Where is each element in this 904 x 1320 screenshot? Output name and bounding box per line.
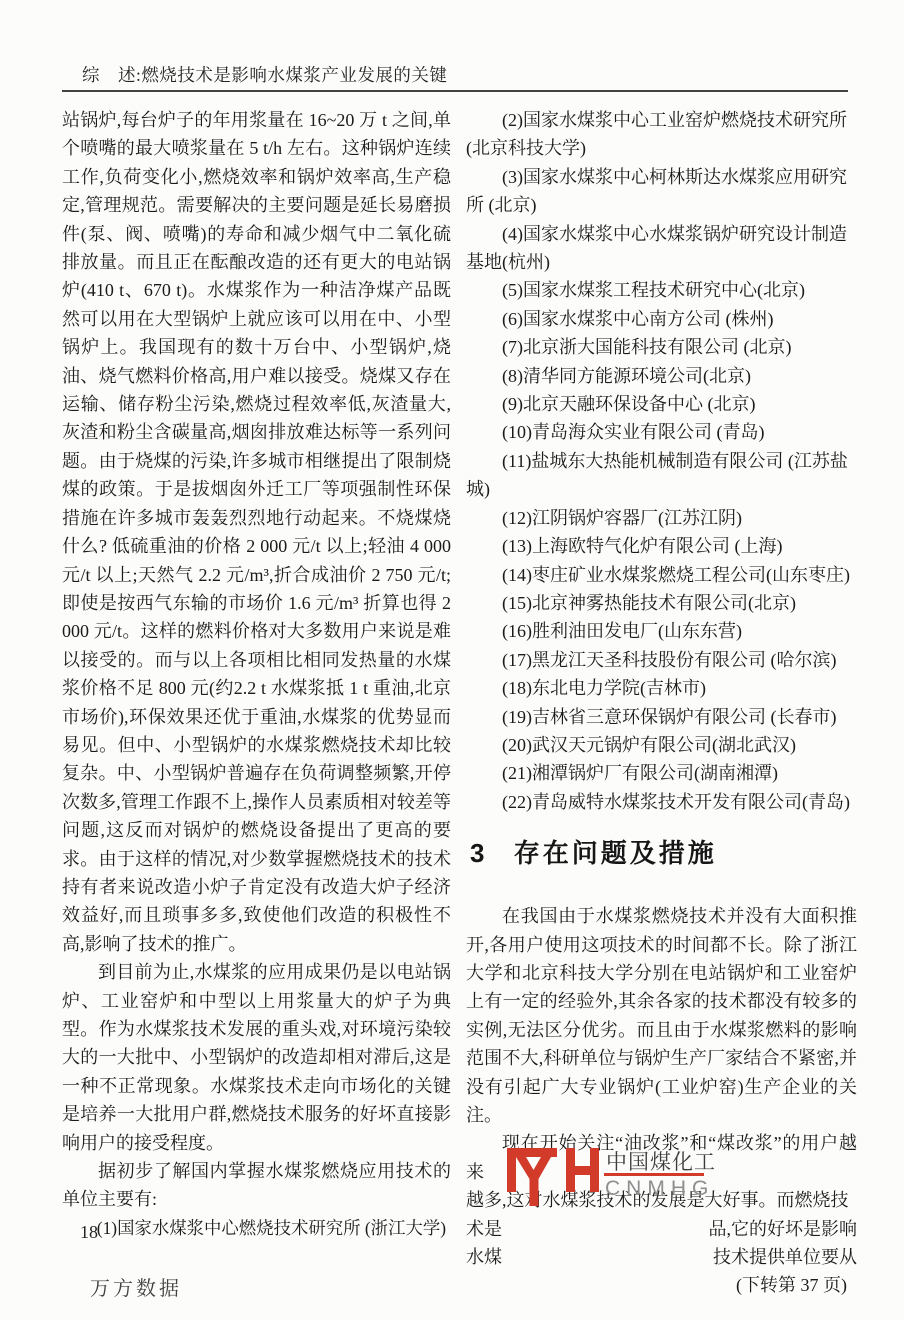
scanned-journal-page: 综 述:燃烧技术是影响水煤浆产业发展的关键 站锅炉,每台炉子的年用浆量在 16~… <box>0 0 904 1320</box>
running-head: 综 述:燃烧技术是影响水煤浆产业发展的关键 <box>82 62 447 87</box>
list-item: (2)国家水煤浆中心工业窑炉燃烧技术研究所 <box>466 106 857 134</box>
text-fragment-right: 品,它的好坏是影响 <box>709 1215 858 1243</box>
list-item: (3)国家水煤浆中心柯林斯达水煤浆应用研究 <box>466 163 857 191</box>
paragraph-continuation: 站锅炉,每台炉子的年用浆量在 16~20 万 t 之间,单个喷嘴的最大喷浆量在 … <box>62 106 451 958</box>
section-title: 存在问题及措施 <box>514 838 717 868</box>
list-item: (21)湘潭锅炉厂有限公司(湖南湘潭) <box>466 759 857 787</box>
watermark-red-underline <box>604 1173 704 1176</box>
right-column: (2)国家水煤浆中心工业窑炉燃烧技术研究所 (北京科技大学) (3)国家水煤浆中… <box>466 106 857 1300</box>
wanfang-scan-watermark: 万方数据 <box>90 1272 182 1301</box>
section-number: 3 <box>470 838 484 868</box>
paragraph: 在我国由于水煤浆燃烧技术并没有大面积推开,各用户使用这项技术的时间都不长。除了浙… <box>466 902 857 1129</box>
coal-chem-logo-icon <box>507 1148 605 1206</box>
page-number: 18 <box>80 1222 98 1243</box>
list-item-wrap: (北京科技大学) <box>466 134 857 162</box>
list-item: (13)上海欧特气化炉有限公司 (上海) <box>466 532 857 560</box>
text-fragment-right: 技术提供单位要从 <box>713 1243 857 1271</box>
list-item: (9)北京天融环保设备中心 (北京) <box>466 390 857 418</box>
list-item: (18)东北电力学院(吉林市) <box>466 674 857 702</box>
list-item: (6)国家水煤浆中心南方公司 (株州) <box>466 305 857 333</box>
list-item-wrap: 城) <box>466 475 857 503</box>
list-item: (17)黑龙江天圣科技股份有限公司 (哈尔滨) <box>466 646 857 674</box>
list-item: (19)吉林省三意环保锅炉有限公司 (长春市) <box>466 703 857 731</box>
paragraph: 到目前为止,水煤浆的应用成果仍是以电站锅炉、工业窑炉和中型以上用浆量大的炉子为典… <box>62 958 451 1157</box>
header-rule <box>62 90 848 92</box>
paragraph: 据初步了解国内掌握水煤浆燃烧应用技术的单位主要有: <box>62 1157 451 1214</box>
list-item: (14)枣庄矿业水煤浆燃烧工程公司(山东枣庄) <box>466 561 857 589</box>
watermark-cn-text: 中国煤化工 <box>606 1146 716 1176</box>
left-column: 站锅炉,每台炉子的年用浆量在 16~20 万 t 之间,单个喷嘴的最大喷浆量在 … <box>62 106 451 1242</box>
list-item: (16)胜利油田发电厂(山东东营) <box>466 617 857 645</box>
paragraph-line-obscured: 术是 品,它的好坏是影响 <box>466 1215 857 1243</box>
list-item: (11)盐城东大热能机械制造有限公司 (江苏盐 <box>466 447 857 475</box>
list-item: (12)江阴锅炉容器厂(江苏江阴) <box>466 504 857 532</box>
list-item: (15)北京神雾热能技术有限公司(北京) <box>466 589 857 617</box>
list-item: (20)武汉天元锅炉有限公司(湖北武汉) <box>466 731 857 759</box>
watermark-latin-text: CNMHG <box>605 1177 714 1201</box>
list-item: (7)北京浙大国能科技有限公司 (北京) <box>466 333 857 361</box>
list-item: (5)国家水煤浆工程技术研究中心(北京) <box>466 276 857 304</box>
text-fragment-left: 水煤 <box>466 1243 502 1271</box>
list-item: (22)青岛威特水煤浆技术开发有限公司(青岛) <box>466 788 857 816</box>
paragraph-line-obscured: 水煤 技术提供单位要从 <box>466 1243 857 1271</box>
continued-on-page-note: (下转第 37 页) <box>466 1271 857 1299</box>
list-item-wrap: 所 (北京) <box>466 191 857 219</box>
list-item: (4)国家水煤浆中心水煤浆锅炉研究设计制造 <box>466 220 857 248</box>
text-fragment-left: 术是 <box>466 1215 502 1243</box>
list-item-wrap: 基地(杭州) <box>466 248 857 276</box>
section-heading: 3 存在问题及措施 <box>466 838 857 868</box>
list-item: (1)国家水煤浆中心燃烧技术研究所 (浙江大学) <box>62 1214 451 1242</box>
list-item: (8)清华同方能源环境公司(北京) <box>466 362 857 390</box>
list-item: (10)青岛海众实业有限公司 (青岛) <box>466 418 857 446</box>
